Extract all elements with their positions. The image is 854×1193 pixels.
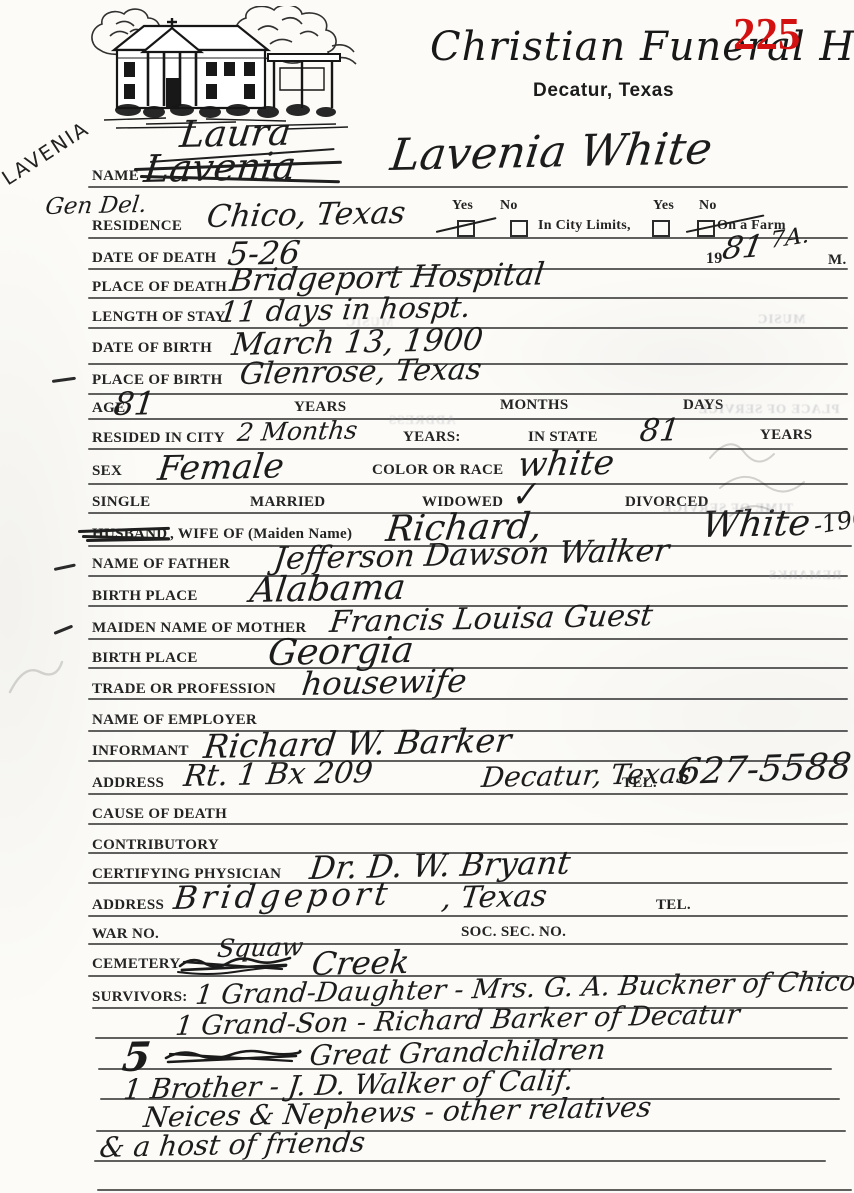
cemetery-correction-above: Squaw [216, 934, 305, 961]
resided-years-label: YEARS: [403, 429, 461, 446]
rule-line [88, 823, 848, 825]
death-year-written: 81 [720, 231, 766, 265]
death-time-written: 7A. [770, 224, 810, 253]
farm-yes-checkbox [652, 220, 670, 237]
record-number-stamp: 225 [733, 8, 801, 60]
single-label: SINGLE [92, 494, 151, 511]
father-birthplace-label: BIRTH PLACE [92, 588, 198, 605]
city-limits-text: In City Limits, [538, 218, 631, 234]
margin-pen-dash [54, 625, 74, 635]
resided-value: 2 Months [236, 418, 359, 445]
margin-pen-dash [52, 377, 76, 383]
scanned-funeral-record: Christian Funeral Hoi 225 Decatur, Texas… [0, 0, 854, 1193]
residence-note-above: Gen Del. [44, 194, 148, 219]
rule-line [88, 698, 848, 700]
cause-of-death-label: CAUSE OF DEATH [92, 806, 227, 823]
age-months-label: MONTHS [500, 397, 568, 414]
funeral-home-location: Decatur, Texas [533, 80, 674, 102]
farm-yes-label: Yes [653, 198, 674, 214]
ssn-label: SOC. SEC. NO. [461, 924, 566, 941]
race-label: COLOR OR RACE [372, 462, 503, 479]
mother-birthplace-label: BIRTH PLACE [92, 650, 198, 667]
physician-address-label: ADDRESS [92, 897, 164, 914]
bleedthrough-scrawl-left [6, 656, 66, 700]
date-of-death-label: DATE OF DEATH [92, 250, 216, 267]
informant-tel-value: 627-5588 [676, 749, 853, 791]
contributory-label: CONTRIBUTORY [92, 837, 219, 854]
physician-address-value2: , Texas [440, 882, 549, 914]
bleedthrough-music: MUSIC [757, 311, 805, 327]
margin-note-lavenia: LAVENIA [0, 116, 93, 190]
city-limits-no-checkbox [510, 220, 528, 237]
informant-label: INFORMANT [92, 743, 189, 760]
meridiem-label: M. [828, 252, 847, 269]
rule-line [88, 943, 848, 945]
bleedthrough-place-of-service: PLACE OF SERVICE [698, 401, 839, 417]
physician-tel-label: TEL. [656, 897, 691, 914]
trade-label: TRADE OR PROFESSION [92, 681, 276, 698]
married-label: MARRIED [250, 494, 325, 511]
rule-line [88, 393, 848, 395]
war-no-label: WAR NO. [92, 926, 159, 943]
rule-line [88, 575, 848, 577]
bleedthrough-remarks: REMARKS [768, 567, 841, 583]
bleedthrough-scrawl [700, 428, 840, 528]
survivors-label: SURVIVORS: [92, 989, 188, 1006]
bleedthrough-music-2: MUSIC [345, 314, 393, 330]
name-value: Lavenia White [388, 127, 714, 178]
farm-no-label: No [699, 198, 717, 214]
place-of-birth-label: PLACE OF BIRTH [92, 372, 223, 389]
sex-label: SEX [92, 463, 122, 480]
informant-address-street: Rt. 1 Bx 209 [182, 758, 374, 792]
rule-line [97, 1189, 852, 1191]
cemetery-label: CEMETERY [92, 956, 181, 973]
bleedthrough-address: ADDRESS [388, 412, 456, 428]
informant-address-city: Decatur, Texas [480, 760, 693, 792]
trade-value: housewife [300, 665, 469, 700]
rule-line [88, 418, 848, 420]
length-of-stay-label: LENGTH OF STAY [92, 309, 226, 326]
physician-address-value: Bridgeport [172, 877, 393, 914]
informant-tel-label: TEL. [622, 775, 657, 792]
survivors-line-5: Neices & Nephews - other relatives [142, 1093, 653, 1132]
informant-address-label: ADDRESS [92, 775, 164, 792]
city-limits-no-label: No [500, 198, 518, 214]
name-label: NAME [92, 168, 139, 185]
age-value: 81 [112, 387, 157, 420]
survivors-line-6: & a host of friends [98, 1128, 367, 1162]
margin-pen-curve [54, 563, 76, 570]
residence-value: Chico, Texas [205, 198, 407, 233]
age-years-label: YEARS [294, 399, 346, 416]
resided-label: RESIDED IN CITY [92, 430, 225, 447]
scribble-over-survivors-word [162, 1046, 304, 1068]
city-limits-yes-label: Yes [452, 198, 473, 214]
residence-label: RESIDENCE [92, 218, 182, 235]
place-of-death-label: PLACE OF DEATH [92, 279, 227, 296]
in-state-value: 81 [638, 415, 681, 447]
rule-line [88, 638, 848, 640]
sex-value: Female [156, 449, 286, 486]
place-of-birth-value: Glenrose, Texas [238, 355, 483, 390]
father-label: NAME OF FATHER [92, 556, 230, 573]
date-of-birth-label: DATE OF BIRTH [92, 340, 212, 357]
